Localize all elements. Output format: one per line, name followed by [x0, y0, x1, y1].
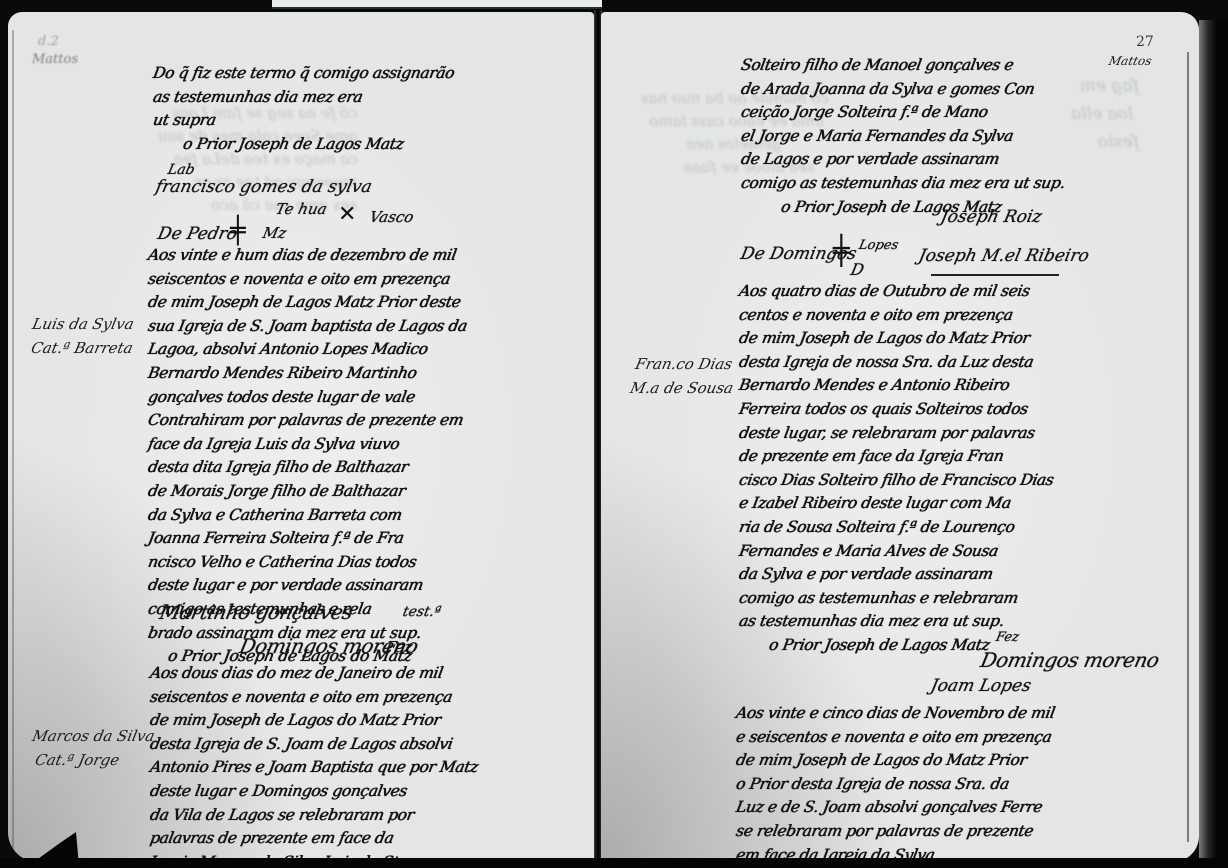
text-line: o Prior Joseph de Lagos Matz	[151, 133, 456, 157]
cross-mark-icon: ╪	[833, 234, 850, 267]
signature-domingos-moreno: Domingos moreno	[978, 648, 1161, 672]
witness-cross-mark-icon: ✕	[338, 202, 356, 227]
margin-note-names: Marcos da Silva Cat.ª Jorge	[25, 724, 157, 772]
margin-name: Marcos da Silva	[30, 724, 157, 748]
margin-name: Luis da Sylva	[30, 312, 140, 336]
bottom-shadow	[0, 858, 1228, 868]
text-line: Joanna Ferreira Solteira f.ª de Fra	[146, 527, 469, 551]
margin-note-names: Fran.co Dias M.a de Sousa	[628, 352, 741, 400]
text-line: de Morais Jorge filho de Balthazar	[146, 480, 469, 504]
entry-continuation: Do q̃ fiz este termo q̃ comigo assignarã…	[153, 62, 454, 156]
text-line: face da Igreja Luis da Sylva viuvo	[146, 433, 469, 457]
entry-continuation: Solteiro filho de Manoel gonçalves e de …	[741, 54, 1065, 219]
text-line: ut supra	[151, 109, 456, 133]
text-line: se relebraram por palavras de prezente	[734, 820, 1057, 844]
text-line: ncisco Velho e Catherina Dias todos	[146, 551, 469, 575]
text-line: desta Igreja de nossa Sra. da Luz desta	[737, 351, 1055, 375]
mark-letter: D	[849, 260, 866, 279]
left-page: cõ fe aa seg se fam Laos ome Seee cala m…	[8, 12, 594, 862]
text-line: gonçalves todos deste lugar de vale	[146, 386, 469, 410]
margin-note-names: Luis da Sylva Cat.ª Barreta	[25, 312, 140, 360]
text-line: deste lugar e por verdade assinaram	[146, 574, 469, 598]
corner-scribble: Mattos	[32, 52, 78, 67]
text-line: ceição Jorge Solteira f.ª de Mano	[739, 101, 1067, 125]
text-line: da Vila de Lagos se relebraram por	[148, 804, 480, 828]
text-line: Ferreira todos os quais Solteiros todos	[737, 398, 1055, 422]
entry-1: Aos quatro dias de Outubro de mil seis c…	[739, 280, 1053, 658]
corner-folio-mark: d.2	[38, 34, 59, 49]
text-line: ria de Sousa Solteira f.ª de Lourenço	[737, 516, 1055, 540]
text-line: comigo as testemunhas dia mez era ut sup…	[739, 172, 1067, 196]
text-line: Bernardo Mendes Ribeiro Martinho	[146, 362, 469, 386]
page-number: 27	[1136, 34, 1154, 50]
margin-name: Fran.co Dias	[633, 352, 741, 376]
text-line: Aos vinte e hum dias de dezembro de mil	[146, 244, 469, 268]
text-line: palavras de prezente em face da	[148, 827, 480, 851]
text-line: de Lagos e por verdade assinaram	[739, 148, 1067, 172]
text-line: Lagoa, absolvi Antonio Lopes Madico	[146, 338, 469, 362]
text-line: de mim Joseph de Lagos do Matz Prior	[737, 327, 1055, 351]
signature-suffix: Fez	[384, 638, 414, 656]
text-line: Bernardo Mendes e Antonio Ribeiro	[737, 374, 1055, 398]
text-line: e Izabel Ribeiro deste lugar com Ma	[737, 492, 1055, 516]
margin-name: M.a de Sousa	[628, 376, 736, 400]
witness-label: Te hua	[274, 200, 329, 218]
text-line: de prezente em face da Igreja Fran	[737, 445, 1055, 469]
marker-suffix: Mz	[261, 224, 288, 242]
text-line: Aos vinte e cinco dias de Novembro de mi…	[734, 702, 1057, 726]
right-page: cõ mamãe ao ba nuo nas ama ee eaoo cass …	[601, 12, 1199, 862]
text-line: da Sylva e por verdade assinaram	[737, 563, 1055, 587]
signature-joam-lopes: Joam Lopes	[929, 676, 1033, 696]
entry-2: Aos vinte e cinco dias de Novembro de mi…	[736, 702, 1054, 862]
text-line: e seiscentos e noventa e oito em prezenç…	[734, 726, 1057, 750]
signature-joseph-manuel-ribeiro: Joseph M.el Ribeiro	[917, 246, 1091, 266]
text-line: Contrahiram por palavras de prezente em	[146, 409, 469, 433]
text-line: sua Igreja de S. Joam baptista de Lagos …	[146, 315, 469, 339]
text-line: Aos dous dias do mez de Janeiro de mil	[148, 662, 480, 686]
text-line: desta dita Igreja filho de Balthazar	[146, 456, 469, 480]
marker-suffix: Lopes	[857, 238, 899, 253]
text-line: comigo as testemunhas e relebraram	[737, 587, 1055, 611]
text-line: o Prior desta Igreja de nossa Sra. da	[734, 773, 1057, 797]
margin-name: Cat.ª Barreta	[25, 336, 135, 360]
text-line: Aos quatro dias de Outubro de mil seis	[737, 280, 1055, 304]
text-line: de Arada Joanna da Sylva e gomes Con	[739, 78, 1067, 102]
text-line: Fernandes e Maria Alves de Sousa	[737, 540, 1055, 564]
text-line: da Sylva e Catherina Barreta com	[146, 504, 469, 528]
signature-francisco-gomes: francisco gomes da sylva	[154, 177, 374, 197]
text-line: Solteiro filho de Manoel gonçalves e	[739, 54, 1067, 78]
marker-label: De Pedro	[156, 224, 239, 244]
margin-name: Cat.ª Jorge	[25, 748, 152, 772]
text-line: de mim Joseph de Lagos do Matz Prior	[148, 709, 480, 733]
text-line: deste lugar, se relebraram por palavras	[737, 422, 1055, 446]
signature-martinho-goncalves: Martinho gonçalves	[157, 600, 354, 624]
signature-underline	[931, 274, 1059, 276]
text-line: centos e noventa e oito em prezença	[737, 304, 1055, 328]
signature-joseph-roiz: Joseph Roiz	[939, 207, 1044, 227]
top-paper-strip	[272, 0, 602, 9]
text-line: el Jorge e Maria Fernandes da Sylva	[739, 125, 1067, 149]
book-edge-shadow	[1199, 20, 1228, 868]
text-line: de mim Joseph de Lagos do Matz Prior	[734, 749, 1057, 773]
text-line: deste lugar e Domingos gonçalves	[148, 780, 480, 804]
text-line: desta Igreja de S. Joam de Lagos absolvi	[148, 733, 480, 757]
text-line: seiscentos e noventa e oito em prezença	[146, 268, 469, 292]
entry-2: Aos dous dias do mez de Janeiro de mil s…	[150, 662, 478, 862]
text-line: Luz e de S. Joam absolvi gonçalves Ferre	[734, 796, 1057, 820]
signature-test-mark: test.ª	[401, 604, 442, 620]
corner-folio-mark: Mattos	[1108, 54, 1153, 68]
cross-mark-icon: ╪	[230, 216, 246, 246]
text-line: de mim Joseph de Lagos Matz Prior deste	[146, 291, 469, 315]
text-line: as testemunhas dia mez era	[151, 86, 456, 110]
show-through-margin: fag em loa ella fesio	[1071, 72, 1139, 156]
witness-mark-name: Vasco	[368, 208, 415, 226]
text-line: seiscentos e noventa e oito em prezença	[148, 686, 480, 710]
signature-line-lab: Lab	[166, 162, 196, 178]
signature-mark-superscript: Fez	[994, 630, 1020, 645]
text-line: Do q̃ fiz este termo q̃ comigo assignarã…	[151, 62, 456, 86]
text-line: cisco Dias Solteiro filho de Francisco D…	[737, 469, 1055, 493]
text-line: Antonio Pires e Joam Baptista que por Ma…	[148, 756, 480, 780]
